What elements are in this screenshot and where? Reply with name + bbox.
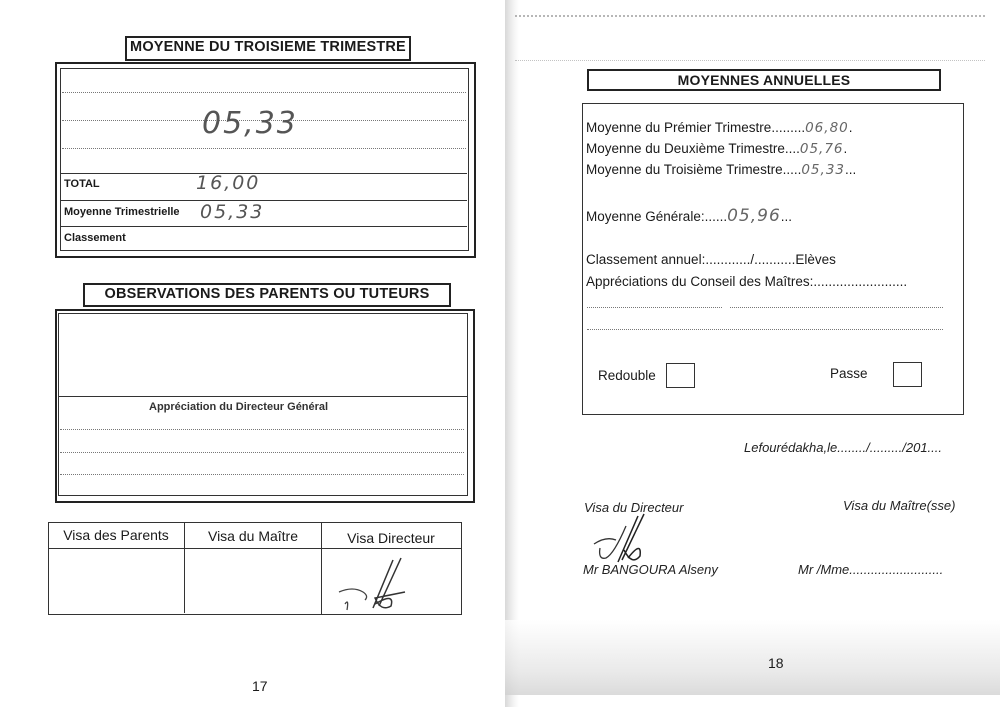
dotted-line — [60, 452, 464, 453]
third-term-inner-frame — [60, 68, 469, 251]
redouble-label: Redouble — [598, 368, 656, 383]
annual-ranking-line: Classement annuel:............/.........… — [586, 252, 836, 267]
passe-checkbox[interactable] — [893, 362, 922, 387]
dotted-line — [730, 307, 943, 308]
observations-title: OBSERVATIONS DES PARENTS OU TUTEURS — [83, 283, 451, 307]
second-term-value: 05,76 — [800, 141, 844, 157]
visa-table-header-divider — [48, 548, 461, 549]
annual-row-3: Moyenne du Troisième Trimestre.....05,33… — [586, 162, 856, 178]
visa-teacher-label: Visa du Maître(sse) — [843, 498, 955, 513]
place-date-line: Lefourédakha,le......../........./201...… — [744, 440, 942, 455]
annual-row-1: Moyenne du Prémier Trimestre.........06,… — [586, 120, 853, 136]
scan-shadow-bottom — [505, 620, 1000, 695]
director-signature-icon — [335, 552, 415, 614]
divider — [61, 226, 467, 227]
third-term-title: MOYENNE DU TROISIEME TRIMESTRE — [125, 36, 411, 61]
third-term-value: 05,33 — [801, 162, 845, 178]
page-number-18: 18 — [768, 655, 784, 671]
council-appraisal-line: Appréciations du Conseil des Maîtres:...… — [586, 274, 907, 289]
scan-shadow-left — [505, 0, 519, 707]
total-label: TOTAL — [64, 178, 100, 190]
dotted-line — [60, 474, 464, 475]
dotted-line — [587, 307, 722, 308]
general-average-value: 05,96 — [727, 206, 781, 226]
annual-row-2: Moyenne du Deuxième Trimestre....05,76. — [586, 141, 847, 157]
teacher-name-line: Mr /Mme.......................... — [798, 562, 943, 577]
scan-noise-top — [515, 60, 985, 62]
scan-noise-top — [515, 15, 985, 19]
director-appraisal-label: Appréciation du Directeur Général — [149, 401, 328, 413]
general-average-row: Moyenne Générale:......05,96... — [586, 206, 792, 226]
dotted-line — [62, 148, 466, 149]
dotted-line — [587, 329, 943, 330]
first-term-value: 06,80 — [805, 120, 849, 136]
redouble-checkbox[interactable] — [666, 363, 695, 388]
annual-title: MOYENNES ANNUELLES — [587, 69, 941, 91]
page-number-17: 17 — [252, 678, 268, 694]
divider — [61, 173, 467, 174]
divider — [58, 396, 467, 397]
total-value: 16,00 — [196, 172, 260, 194]
ranking-label: Classement — [64, 232, 126, 244]
passe-label: Passe — [830, 366, 868, 381]
term-average-value: 05,33 — [200, 201, 264, 223]
director-signature-icon — [592, 510, 662, 568]
dotted-line — [62, 92, 466, 93]
director-name: Mr BANGOURA Alseny — [583, 562, 718, 577]
handwritten-average: 05,33 — [202, 106, 298, 141]
term-average-label: Moyenne Trimestrielle — [64, 206, 180, 218]
visa-teacher-header: Visa du Maître — [185, 528, 321, 544]
visa-director-header: Visa Directeur — [322, 530, 460, 546]
visa-parents-header: Visa des Parents — [48, 527, 184, 543]
dotted-line — [60, 429, 464, 430]
